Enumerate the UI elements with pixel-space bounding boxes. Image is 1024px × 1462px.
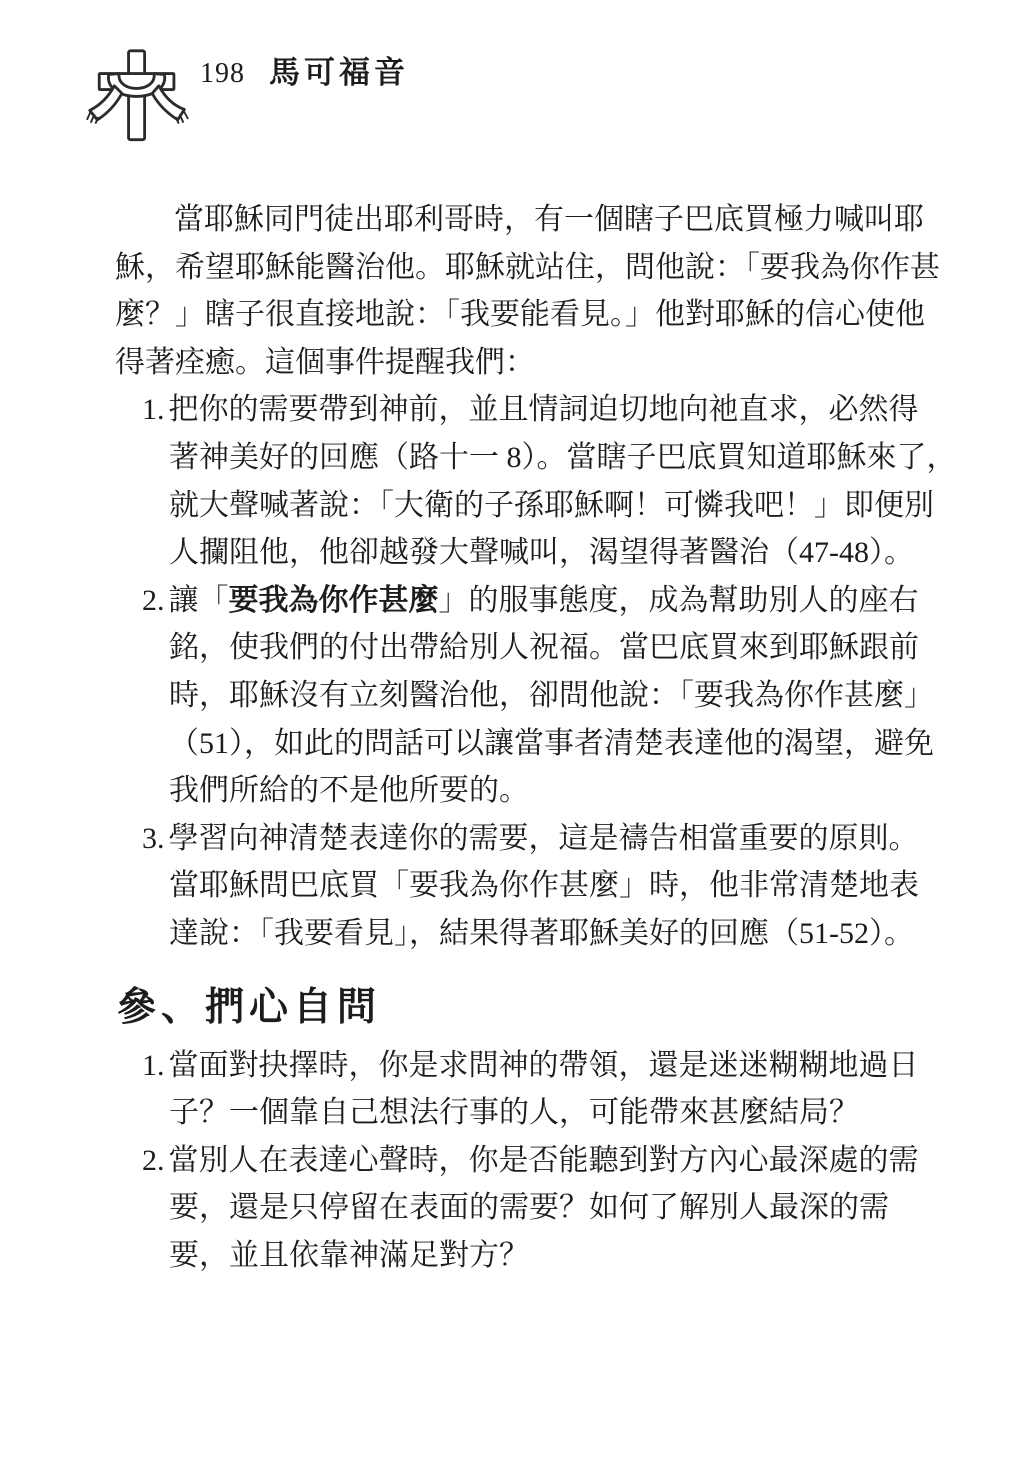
page-header: 198 馬可福音 xyxy=(86,46,409,154)
text-line: 1.當面對抉擇時，你是求問神的帶領，還是迷迷糊糊地過日 xyxy=(142,1042,910,1090)
text-run: 穌，希望耶穌能醫治他。耶穌就站住，問他說：「要我為你作甚 xyxy=(115,251,940,284)
text-line: 麼？」瞎子很直接地說：「我要能看見。」他對耶穌的信心使他 xyxy=(115,291,910,339)
text-run: 當瞎子巴底買知道耶穌來了， xyxy=(567,441,957,474)
text-run: 著神美好的回應 xyxy=(169,441,379,474)
text-run: 當別人在表達心聲時，你是否能聽到對方內心最深處的需 xyxy=(169,1144,919,1177)
page-body: 當耶穌同門徒出耶利哥時，有一個瞎子巴底買極力喊叫耶穌，希望耶穌能醫治他。耶穌就站… xyxy=(115,196,910,1279)
text-line: 2.當別人在表達心聲時，你是否能聽到對方內心最深處的需 xyxy=(142,1137,910,1185)
text-line: 人攔阻他，他卻越發大聲喊叫，渴望得著醫治（47-48）。 xyxy=(169,529,910,577)
text-line: 銘，使我們的付出帶給別人祝福。當巴底買來到耶穌跟前 xyxy=(169,624,910,672)
text-line: 要，並且依靠神滿足對方？ xyxy=(169,1232,910,1280)
intro-paragraph: 當耶穌同門徒出耶利哥時，有一個瞎子巴底買極力喊叫耶穌，希望耶穌能醫治他。耶穌就站… xyxy=(115,196,910,386)
list-marker: 1. xyxy=(142,393,165,426)
list-marker: 2. xyxy=(142,1144,165,1177)
text-line: 子？一個靠自己想法行事的人，可能帶來甚麼結局？ xyxy=(169,1089,910,1137)
text-line: 我們所給的不是他所要的。 xyxy=(169,767,910,815)
text-line: 當耶穌問巴底買「要我為你作甚麼」時，他非常清楚地表 xyxy=(169,862,910,910)
reminder-list: 1.把你的需要帶到神前，並且情詞迫切地向祂直求，必然得著神美好的回應（路十一 8… xyxy=(142,386,910,957)
text-run: 銘，使我們的付出帶給別人祝福。 xyxy=(169,631,619,664)
text-line: 穌，希望耶穌能醫治他。耶穌就站住，問他說：「要我為你作甚 xyxy=(115,244,910,292)
list-item: 2.當別人在表達心聲時，你是否能聽到對方內心最深處的需要，還是只停留在表面的需要… xyxy=(142,1137,910,1280)
text-run: 達說：「我要看見」，結果得著耶穌美好的回應（51-52）。 xyxy=(169,917,914,950)
page-number: 198 xyxy=(200,60,245,88)
book-title: 馬可福音 xyxy=(269,57,409,88)
text-run: 當耶穌問巴底買「要我為你作甚麼」時，他非常清楚地表 xyxy=(169,869,919,902)
question-list: 1.當面對抉擇時，你是求問神的帶領，還是迷迷糊糊地過日子？一個靠自己想法行事的人… xyxy=(142,1042,910,1280)
list-marker: 1. xyxy=(142,1049,165,1082)
list-marker: 2. xyxy=(142,584,165,617)
text-run: 麼？」瞎子很直接地說：「我要能看見。」他對耶穌的信心使他 xyxy=(115,298,925,331)
text-line: 2.讓「要我為你作甚麼」的服事態度，成為幫助別人的座右 xyxy=(142,577,910,625)
cross-with-drape-icon xyxy=(86,46,190,154)
text-line: 當耶穌同門徒出耶利哥時，有一個瞎子巴底買極力喊叫耶 xyxy=(115,196,910,244)
list-marker: 3. xyxy=(142,822,165,855)
text-run: 當耶穌同門徒出耶利哥時，有一個瞎子巴底買極力喊叫耶 xyxy=(174,203,924,236)
text-run: 我們所給的不是他所要的。 xyxy=(169,774,529,807)
book-page: 198 馬可福音 當耶穌同門徒出耶利哥時，有一個瞎子巴底買極力喊叫耶穌，希望耶穌… xyxy=(0,0,1024,1462)
text-run: （路十一 8）。 xyxy=(379,441,567,474)
text-line: 3.學習向神清楚表達你的需要，這是禱告相當重要的原則。 xyxy=(142,815,910,863)
list-item: 2.讓「要我為你作甚麼」的服事態度，成為幫助別人的座右銘，使我們的付出帶給別人祝… xyxy=(142,577,910,815)
text-run: 當面對抉擇時，你是求問神的帶領，還是迷迷糊糊地過日 xyxy=(169,1049,919,1082)
text-run: 人攔阻他，他卻越發大聲喊叫，渴望得著醫治（47-48）。 xyxy=(169,536,914,569)
list-item: 1.當面對抉擇時，你是求問神的帶領，還是迷迷糊糊地過日子？一個靠自己想法行事的人… xyxy=(142,1042,910,1137)
text-run: 得著痊癒。這個事件提醒我們： xyxy=(115,346,535,379)
text-line: 達說：「我要看見」，結果得著耶穌美好的回應（51-52）。 xyxy=(169,910,910,958)
text-line: 要，還是只停留在表面的需要？如何了解別人最深的需 xyxy=(169,1184,910,1232)
text-run: 學習向神清楚表達你的需要，這是禱告相當重要的原則。 xyxy=(169,822,919,855)
text-run: 就大聲喊著說：「大衛的子孫耶穌啊！可憐我吧！」即便別 xyxy=(169,489,934,522)
text-run: 時，耶穌沒有立刻醫治他，卻問他說：「要我為你作甚麼」 xyxy=(169,679,934,712)
text-line: 著神美好的回應（路十一 8）。當瞎子巴底買知道耶穌來了， xyxy=(169,434,910,482)
text-run: 當巴底買來到耶穌跟前 xyxy=(619,631,919,664)
text-line: 時，耶穌沒有立刻醫治他，卻問他說：「要我為你作甚麼」 xyxy=(169,672,910,720)
text-run: 要，還是只停留在表面的需要？如何了解別人最深的需 xyxy=(169,1191,889,1224)
text-line: 得著痊癒。這個事件提醒我們： xyxy=(115,339,910,387)
text-run: 要，並且依靠神滿足對方？ xyxy=(169,1239,529,1272)
text-run: 」的服事態度，成為幫助別人的座右 xyxy=(439,584,919,617)
text-line: （51），如此的問話可以讓當事者清楚表達他的渴望，避免 xyxy=(169,720,910,768)
text-run: 把你的需要帶到神前，並且情詞迫切地向祂直求，必然得 xyxy=(169,393,919,426)
text-run: 子？一個靠自己想法行事的人，可能帶來甚麼結局？ xyxy=(169,1096,859,1129)
list-item: 3.學習向神清楚表達你的需要，這是禱告相當重要的原則。當耶穌問巴底買「要我為你作… xyxy=(142,815,910,958)
text-run: 讓「 xyxy=(169,584,229,617)
text-run: （51），如此的問話可以讓當事者清楚表達他的渴望，避免 xyxy=(169,727,934,760)
section-heading: 參、捫心自問 xyxy=(117,983,910,1033)
text-line: 就大聲喊著說：「大衛的子孫耶穌啊！可憐我吧！」即便別 xyxy=(169,482,910,530)
text-run: 要我為你作甚麼 xyxy=(229,584,439,617)
text-line: 1.把你的需要帶到神前，並且情詞迫切地向祂直求，必然得 xyxy=(142,386,910,434)
list-item: 1.把你的需要帶到神前，並且情詞迫切地向祂直求，必然得著神美好的回應（路十一 8… xyxy=(142,386,910,576)
